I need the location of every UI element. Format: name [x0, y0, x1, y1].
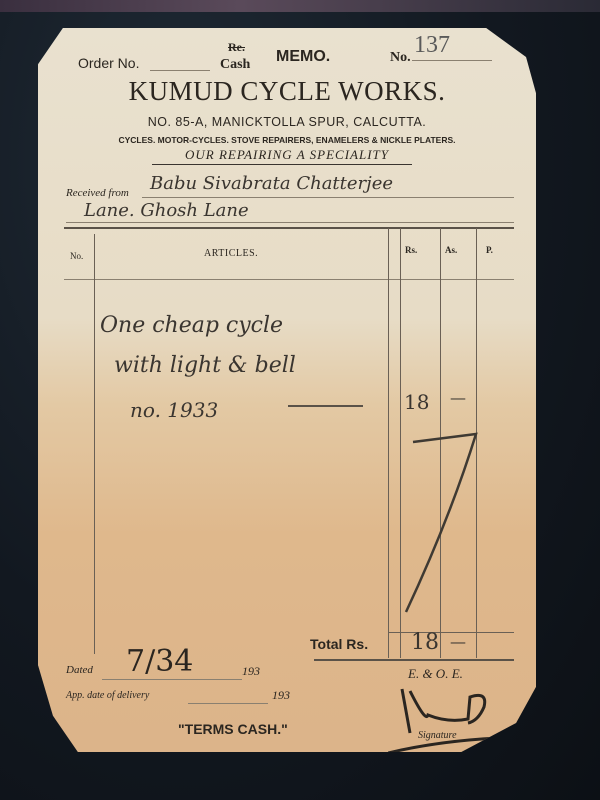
header-no: No. [70, 251, 83, 261]
row-rs: 18 [404, 390, 429, 414]
dated-line [102, 679, 242, 680]
col-divider-articles [388, 228, 389, 658]
company-name: KUMUD CYCLE WORKS. [38, 76, 536, 107]
table-top-rule [64, 227, 514, 229]
dated-value: 7/34 [126, 644, 193, 679]
cash-memo-receipt: Order No. Re. Cash MEMO. No. 137 KUMUD C… [38, 28, 536, 752]
total-label: Total Rs. [310, 636, 368, 652]
article-line-2: with light & bell [114, 353, 296, 378]
memo-number-line [412, 60, 492, 61]
total-rs: 18 [411, 630, 439, 655]
received-from-label: Received from [66, 187, 129, 199]
total-bottom-rule [314, 659, 514, 661]
delivery-line [188, 703, 268, 704]
terms-cash: "TERMS CASH." [178, 721, 288, 737]
company-tagline: OUR REPAIRING A SPECIALITY [38, 147, 536, 163]
row-as: — [450, 388, 466, 407]
signature-label: Signature [418, 730, 457, 741]
delivery-year-prefix: 193 [272, 688, 290, 703]
tagline-underline [152, 164, 412, 165]
memo-number-label: No. [390, 50, 411, 66]
signature-mark-icon [388, 683, 508, 763]
dash-line [288, 405, 363, 407]
header-p: P. [486, 245, 493, 255]
header-underline [64, 279, 514, 280]
memo-number-value: 137 [414, 32, 450, 59]
received-from-line1: Babu Sivabrata Chatterjee [150, 173, 393, 194]
total-as: — [450, 632, 466, 651]
company-services: CYCLES. MOTOR-CYCLES. STOVE REPAIRERS, E… [38, 135, 536, 145]
memo-type-label: Cash [220, 57, 250, 73]
seven-mark-icon [398, 418, 488, 618]
background-strip [0, 0, 600, 12]
article-line-3: no. 1933 [130, 398, 218, 422]
order-no-label: Order No. [78, 55, 139, 71]
header-as: As. [445, 245, 457, 255]
company-address: NO. 85-A, MANICKTOLLA SPUR, CALCUTTA. [38, 115, 536, 129]
header-articles: ARTICLES. [204, 248, 258, 259]
delivery-label: App. date of delivery [66, 690, 149, 701]
memo-label: MEMO. [276, 48, 330, 66]
header-rs: Rs. [405, 245, 417, 255]
memo-type-struck: Re. [228, 40, 245, 55]
received-line-1 [142, 197, 514, 198]
dated-label: Dated [66, 664, 93, 676]
order-no-line [150, 70, 210, 71]
received-line-2 [66, 222, 514, 223]
dated-year-prefix: 193 [242, 664, 260, 679]
article-line-1: One cheap cycle [100, 313, 283, 338]
eoe-label: E. & O. E. [408, 666, 463, 682]
col-divider-no [94, 234, 95, 654]
received-from-line2: Lane. Ghosh Lane [84, 200, 249, 221]
